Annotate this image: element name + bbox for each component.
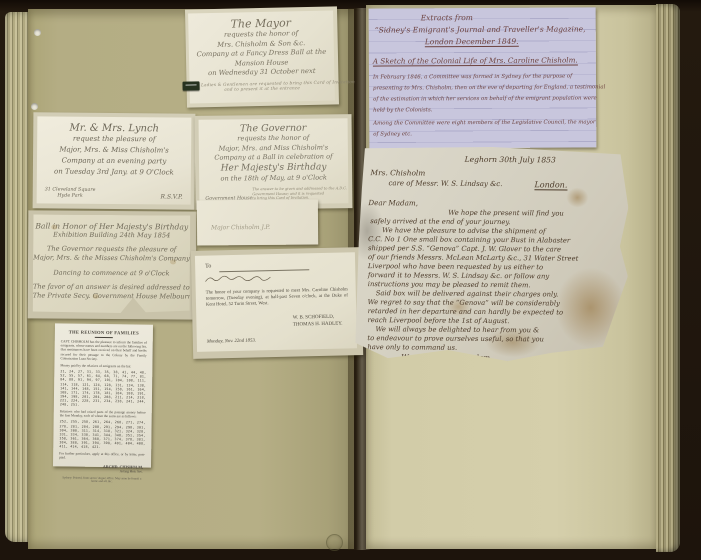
stain bbox=[566, 188, 588, 208]
extract-body-line: In February 1846, a Committee was formed… bbox=[373, 74, 572, 81]
card-line: The Private Secy. Government House Melbo… bbox=[33, 291, 190, 301]
mayor-invitation-card: The Mayor requests the honor of Mrs. Chi… bbox=[188, 11, 335, 104]
letter-body-line: to endeavour to prove ourselves useful, … bbox=[367, 334, 544, 343]
letter-salutation: Dear Madam, bbox=[368, 198, 418, 207]
card-line: Major, Mrs. & Miss Chisholm's bbox=[37, 144, 191, 156]
letter-care-of: care of Messr. W. S. Lindsay &c. bbox=[388, 179, 502, 188]
newspaper-clipping: THE REUNION OF FAMILIES CAPT. CHISHOLM h… bbox=[53, 323, 153, 467]
letter-body-line: We hope the present will find you bbox=[448, 209, 564, 218]
divider bbox=[95, 337, 113, 338]
extract-body-line: Among the Committee were eight members o… bbox=[373, 119, 595, 126]
extract-line: “Sidney's Emigrant's Journal and Travell… bbox=[375, 24, 586, 34]
notice-card-mount: To The honor of your company is requeste… bbox=[191, 247, 363, 359]
letter-body-line: We have the pleasure to advise the shipm… bbox=[382, 226, 545, 235]
ball-card-mount: Ball in Honor of Her Majesty's Birthday … bbox=[28, 210, 197, 319]
letter-body-line: Liverpool who have been requested by us … bbox=[368, 262, 543, 271]
mayor-card-mount: The Mayor requests the honor of Mrs. Chi… bbox=[185, 6, 339, 107]
rsvp-label: R.S.V.P. bbox=[161, 193, 183, 200]
small-name-card: Major Chisholm J.P. bbox=[197, 199, 318, 245]
card-line: Major, Mrs. & the Misses Chisholm's Comp… bbox=[33, 254, 190, 264]
letter-body-line: retarded in her departure and can hardly… bbox=[368, 307, 564, 316]
blue-extract-paper: Extracts from “Sidney's Emigrant's Journ… bbox=[369, 7, 597, 148]
birthday-ball-card: Ball in Honor of Her Majesty's Birthday … bbox=[33, 214, 191, 313]
extract-title: A Sketch of the Colonial Life of Mrs. Ca… bbox=[373, 56, 578, 67]
letter-body-line: have only to command us. bbox=[367, 343, 457, 352]
card-line: Exhibition Building 24th May 1854 bbox=[33, 230, 190, 240]
extract-body-line: of the estimation in which her services … bbox=[373, 95, 597, 102]
handwritten-name-script bbox=[203, 272, 273, 286]
letter-body-line: of our friends Messrs. McLean McLarty &c… bbox=[368, 253, 578, 262]
handwritten-letter: Leghorn 30th July 1853 Mrs. Chisholm car… bbox=[355, 146, 628, 362]
notice-date: Monday, Nov. 22nd 1853. bbox=[207, 338, 256, 344]
letter-body-line: We regret to say that the “Genova” will … bbox=[368, 298, 560, 307]
scrapbook-photo: The Mayor requests the honor of Mrs. Chi… bbox=[0, 0, 701, 560]
extract-line: London December 1849. bbox=[425, 37, 519, 47]
governor-card-mount: The Governor requests the honor of Major… bbox=[195, 114, 353, 210]
extract-body-line: of Sydney etc. bbox=[373, 131, 412, 137]
clipping-imprint: Sydney: Printed, from stereo 'Argus' off… bbox=[59, 476, 145, 485]
printed-notice-card: To The honor of your company is requeste… bbox=[195, 252, 357, 352]
letter-dateline: Leghorn 30th July 1853 bbox=[465, 155, 556, 165]
clipping-number-table: 21, 24, 27, 31, 33, 35, 38, 41, 44, 48, … bbox=[60, 370, 147, 408]
punch-hole bbox=[31, 103, 38, 110]
card-address: Hyde Park bbox=[45, 193, 96, 199]
lynch-card-mount: Mr. & Mrs. Lynch request the pleasure of… bbox=[33, 112, 196, 209]
letter-body-line: instructions you may be pleased to remit… bbox=[368, 280, 531, 289]
letter-body-line: C.C. No 1 One small box containing your … bbox=[368, 235, 570, 244]
letter-body-line: shipped per S.S. “Genova” Capt. J. W. Gl… bbox=[368, 244, 561, 253]
clipping-paragraph: Money paid by the relatives of emigrants… bbox=[60, 363, 146, 368]
notice-to-label: To bbox=[205, 263, 211, 269]
letter-body-line: Said box will be delivered against their… bbox=[376, 289, 559, 298]
card-line: on Wednesday 31 October next bbox=[189, 66, 334, 79]
card-line: Major Chisholm J.P. bbox=[211, 224, 270, 232]
letter-body-line: forward it to Messrs. W. S. Lindsay &c. … bbox=[368, 271, 549, 280]
lynch-invitation-card: Mr. & Mrs. Lynch request the pleasure of… bbox=[37, 116, 192, 204]
clipping-headline: THE REUNION OF FAMILIES bbox=[55, 329, 153, 335]
clipping-paragraph: CAPT. CHISHOLM has the pleasure to infor… bbox=[60, 339, 146, 361]
right-page-edge-stack bbox=[656, 4, 680, 552]
punch-hole bbox=[34, 29, 41, 36]
notice-body-text: The honor of your company is requested t… bbox=[206, 286, 348, 307]
letter-body-line: We will always be delighted to hear from… bbox=[375, 325, 539, 334]
card-line: Dancing to commence at 9 o'Clock bbox=[33, 268, 190, 278]
letter-body-line: safely arrived at the end of your journe… bbox=[370, 217, 510, 226]
clipping-number-table: 252, 255, 258, 261, 264, 268, 271, 274, … bbox=[59, 420, 145, 450]
green-label-chip bbox=[182, 81, 199, 90]
card-line: on Tuesday 3rd Jany. at 9 O'Clock bbox=[37, 166, 191, 178]
clipping-footer-text: For further particulars, apply at this o… bbox=[59, 452, 145, 462]
notice-signatory: THOMAS H. HADLEY. bbox=[293, 321, 343, 329]
governor-invitation-card: The Governor requests the honor of Major… bbox=[199, 118, 349, 205]
embossed-stamp bbox=[326, 534, 343, 551]
letter-addressee: Mrs. Chisholm bbox=[371, 168, 426, 177]
extract-body-line: held by the Colonists. bbox=[373, 107, 432, 113]
card-line: on the 18th of May, at 9 o'Clock bbox=[199, 173, 348, 184]
letter-body-line: reach Liverpool before the 1st of August… bbox=[368, 316, 510, 325]
extract-body-line: presenting to Mrs. Chisholm, then on the… bbox=[373, 84, 605, 91]
extract-line: Extracts from bbox=[421, 13, 473, 22]
clipping-paragraph: Relatives who had raised parts of the pa… bbox=[60, 409, 146, 419]
letter-city: London. bbox=[534, 180, 567, 190]
